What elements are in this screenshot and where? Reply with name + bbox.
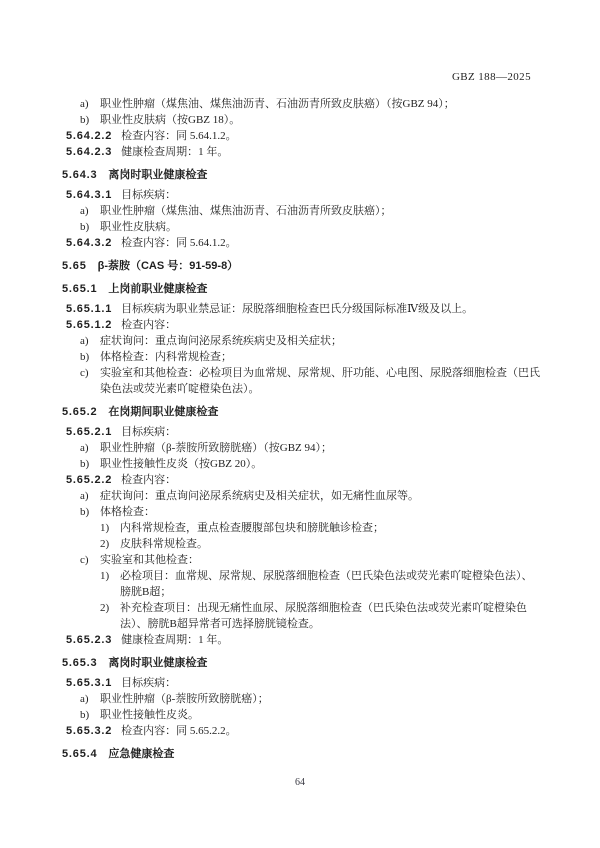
letter-list-item: c)实验室和其他检查： (62, 552, 540, 568)
clause-text: 检查内容： (121, 317, 540, 333)
section-heading-5.65: 5.65β-萘胺（CAS 号：91-59-8） (62, 258, 540, 274)
letter-list-item: b)职业性皮肤病。 (62, 219, 540, 235)
clause-text: 健康检查周期：1 年。 (121, 632, 540, 648)
letter-list-item: a)症状询问：重点询问泌尿系统病史及相关症状，如无痛性血尿等。 (62, 488, 540, 504)
list-item-text: 职业性肿瘤（β-萘胺所致膀胱癌）（按GBZ 94）； (100, 440, 540, 456)
clause-text: 健康检查周期：1 年。 (121, 144, 540, 160)
numbered-list-item: 2)补充检查项目：出现无痛性血尿、尿脱落细胞检查（巴氏染色法或荧光素吖啶橙染色法… (62, 600, 540, 632)
clause-number: 5.65 (62, 258, 87, 274)
letter-list-item: b)职业性皮肤病（按GBZ 18）。 (62, 112, 540, 128)
clause-number: 5.65.2.3 (66, 632, 112, 648)
clause-5.65.2.2: 5.65.2.2检查内容： (62, 472, 540, 488)
list-item-text: 职业性肿瘤（β-萘胺所致膀胱癌）； (100, 691, 540, 707)
clause-text: 检查内容：同 5.64.1.2。 (121, 235, 540, 251)
list-marker: a) (80, 96, 100, 112)
section-heading-5.65.3: 5.65.3离岗时职业健康检查 (62, 655, 540, 671)
clause-number: 5.65.2.1 (66, 424, 112, 440)
list-marker: 2) (100, 600, 120, 616)
list-marker: b) (80, 112, 100, 128)
clause-text: 目标疾病为职业禁忌证：尿脱落细胞检查巴氏分级国际标准Ⅳ级及以上。 (121, 301, 540, 317)
list-item-text: 皮肤科常规检查。 (120, 536, 540, 552)
list-item-text: 实验室和其他检查： (100, 552, 540, 568)
list-item-text: 症状询问：重点询问泌尿系统疾病史及相关症状； (100, 333, 540, 349)
clause-number: 5.64.2.3 (66, 144, 112, 160)
list-item-text: 补充检查项目：出现无痛性血尿、尿脱落细胞检查（巴氏染色法或荧光素吖啶橙染色法）、… (120, 600, 540, 632)
clause-5.65.2.1: 5.65.2.1目标疾病： (62, 424, 540, 440)
clause-number: 5.65.3.1 (66, 675, 112, 691)
clause-number: 5.65.1 (62, 281, 97, 297)
letter-list-item: b)体格检查： (62, 504, 540, 520)
letter-list-item: b)体格检查：内科常规检查； (62, 349, 540, 365)
clause-5.65.1.1: 5.65.1.1目标疾病为职业禁忌证：尿脱落细胞检查巴氏分级国际标准Ⅳ级及以上。 (62, 301, 540, 317)
section-heading-text: 离岗时职业健康检查 (108, 655, 540, 671)
list-item-text: 实验室和其他检查：必检项目为血常规、尿常规、肝功能、心电图、尿脱落细胞检查（巴氏… (100, 365, 540, 397)
letter-list-item: a)职业性肿瘤（β-萘胺所致膀胱癌）（按GBZ 94）； (62, 440, 540, 456)
numbered-list-item: 1)必检项目：血常规、尿常规、尿脱落细胞检查（巴氏染色法或荧光素吖啶橙染色法）、… (62, 568, 540, 600)
section-heading-5.64.3: 5.64.3离岗时职业健康检查 (62, 167, 540, 183)
clause-text: 目标疾病： (121, 187, 540, 203)
clause-number: 5.64.2.2 (66, 128, 112, 144)
list-item-text: 职业性接触性皮炎（按GBZ 20）。 (100, 456, 540, 472)
letter-list-item: a)职业性肿瘤（煤焦油、煤焦油沥青、石油沥青所致皮肤癌）； (62, 203, 540, 219)
clause-5.64.2.3: 5.64.2.3健康检查周期：1 年。 (62, 144, 540, 160)
clause-text: 检查内容：同 5.65.2.2。 (121, 723, 540, 739)
clause-5.65.1.2: 5.65.1.2检查内容： (62, 317, 540, 333)
list-item-text: 内科常规检查，重点检查腰腹部包块和膀胱触诊检查； (120, 520, 540, 536)
clause-number: 5.65.1.2 (66, 317, 112, 333)
list-marker: a) (80, 440, 100, 456)
list-marker: 1) (100, 568, 120, 584)
list-item-text: 体格检查： (100, 504, 540, 520)
section-heading-text: 在岗期间职业健康检查 (108, 404, 540, 420)
clause-number: 5.65.2 (62, 404, 97, 420)
standard-code-header: GBZ 188—2025 (452, 71, 531, 83)
list-item-text: 职业性肿瘤（煤焦油、煤焦油沥青、石油沥青所致皮肤癌）（按GBZ 94）； (100, 96, 540, 112)
clause-number: 5.65.2.2 (66, 472, 112, 488)
list-marker: a) (80, 333, 100, 349)
clause-5.65.3.1: 5.65.3.1目标疾病： (62, 675, 540, 691)
clause-text: 目标疾病： (121, 424, 540, 440)
list-marker: c) (80, 552, 100, 568)
list-marker: b) (80, 349, 100, 365)
clause-number: 5.64.3 (62, 167, 97, 183)
clause-number: 5.65.3.2 (66, 723, 112, 739)
list-marker: a) (80, 203, 100, 219)
list-item-text: 症状询问：重点询问泌尿系统病史及相关症状，如无痛性血尿等。 (100, 488, 540, 504)
list-marker: c) (80, 365, 100, 381)
section-heading-5.65.2: 5.65.2在岗期间职业健康检查 (62, 404, 540, 420)
clause-5.65.3.2: 5.65.3.2检查内容：同 5.65.2.2。 (62, 723, 540, 739)
numbered-list-item: 1)内科常规检查，重点检查腰腹部包块和膀胱触诊检查； (62, 520, 540, 536)
list-marker: a) (80, 691, 100, 707)
list-marker: b) (80, 456, 100, 472)
clause-number: 5.64.3.2 (66, 235, 112, 251)
section-heading-5.65.1: 5.65.1上岗前职业健康检查 (62, 281, 540, 297)
page-number: 64 (0, 777, 600, 788)
list-marker: b) (80, 707, 100, 723)
letter-list-item: b)职业性接触性皮炎（按GBZ 20）。 (62, 456, 540, 472)
clause-number: 5.65.4 (62, 746, 97, 762)
clause-5.64.3.1: 5.64.3.1目标疾病： (62, 187, 540, 203)
list-item-text: 体格检查：内科常规检查； (100, 349, 540, 365)
clause-5.64.2.2: 5.64.2.2检查内容：同 5.64.1.2。 (62, 128, 540, 144)
list-marker: b) (80, 504, 100, 520)
letter-list-item: a)职业性肿瘤（煤焦油、煤焦油沥青、石油沥青所致皮肤癌）（按GBZ 94）； (62, 96, 540, 112)
list-marker: a) (80, 488, 100, 504)
section-heading-text: β-萘胺（CAS 号：91-59-8） (98, 258, 540, 274)
list-item-text: 职业性肿瘤（煤焦油、煤焦油沥青、石油沥青所致皮肤癌）； (100, 203, 540, 219)
list-marker: 1) (100, 520, 120, 536)
list-item-text: 职业性皮肤病（按GBZ 18）。 (100, 112, 540, 128)
section-heading-5.65.4: 5.65.4应急健康检查 (62, 746, 540, 762)
list-item-text: 职业性接触性皮炎。 (100, 707, 540, 723)
clause-5.65.2.3: 5.65.2.3健康检查周期：1 年。 (62, 632, 540, 648)
numbered-list-item: 2)皮肤科常规检查。 (62, 536, 540, 552)
list-item-text: 必检项目：血常规、尿常规、尿脱落细胞检查（巴氏染色法或荧光素吖啶橙染色法）、膀胱… (120, 568, 540, 600)
letter-list-item: a)症状询问：重点询问泌尿系统疾病史及相关症状； (62, 333, 540, 349)
section-heading-text: 应急健康检查 (108, 746, 540, 762)
document-page: GBZ 188—2025 a)职业性肿瘤（煤焦油、煤焦油沥青、石油沥青所致皮肤癌… (0, 0, 600, 848)
clause-5.64.3.2: 5.64.3.2检查内容：同 5.64.1.2。 (62, 235, 540, 251)
list-marker: b) (80, 219, 100, 235)
list-marker: 2) (100, 536, 120, 552)
section-heading-text: 离岗时职业健康检查 (108, 167, 540, 183)
clause-text: 检查内容： (121, 472, 540, 488)
letter-list-item: b)职业性接触性皮炎。 (62, 707, 540, 723)
list-item-text: 职业性皮肤病。 (100, 219, 540, 235)
clause-number: 5.64.3.1 (66, 187, 112, 203)
section-heading-text: 上岗前职业健康检查 (108, 281, 540, 297)
document-content: a)职业性肿瘤（煤焦油、煤焦油沥青、石油沥青所致皮肤癌）（按GBZ 94）；b)… (62, 96, 540, 766)
clause-text: 检查内容：同 5.64.1.2。 (121, 128, 540, 144)
clause-number: 5.65.3 (62, 655, 97, 671)
letter-list-item: a)职业性肿瘤（β-萘胺所致膀胱癌）； (62, 691, 540, 707)
clause-number: 5.65.1.1 (66, 301, 112, 317)
clause-text: 目标疾病： (121, 675, 540, 691)
letter-list-item: c)实验室和其他检查：必检项目为血常规、尿常规、肝功能、心电图、尿脱落细胞检查（… (62, 365, 540, 397)
